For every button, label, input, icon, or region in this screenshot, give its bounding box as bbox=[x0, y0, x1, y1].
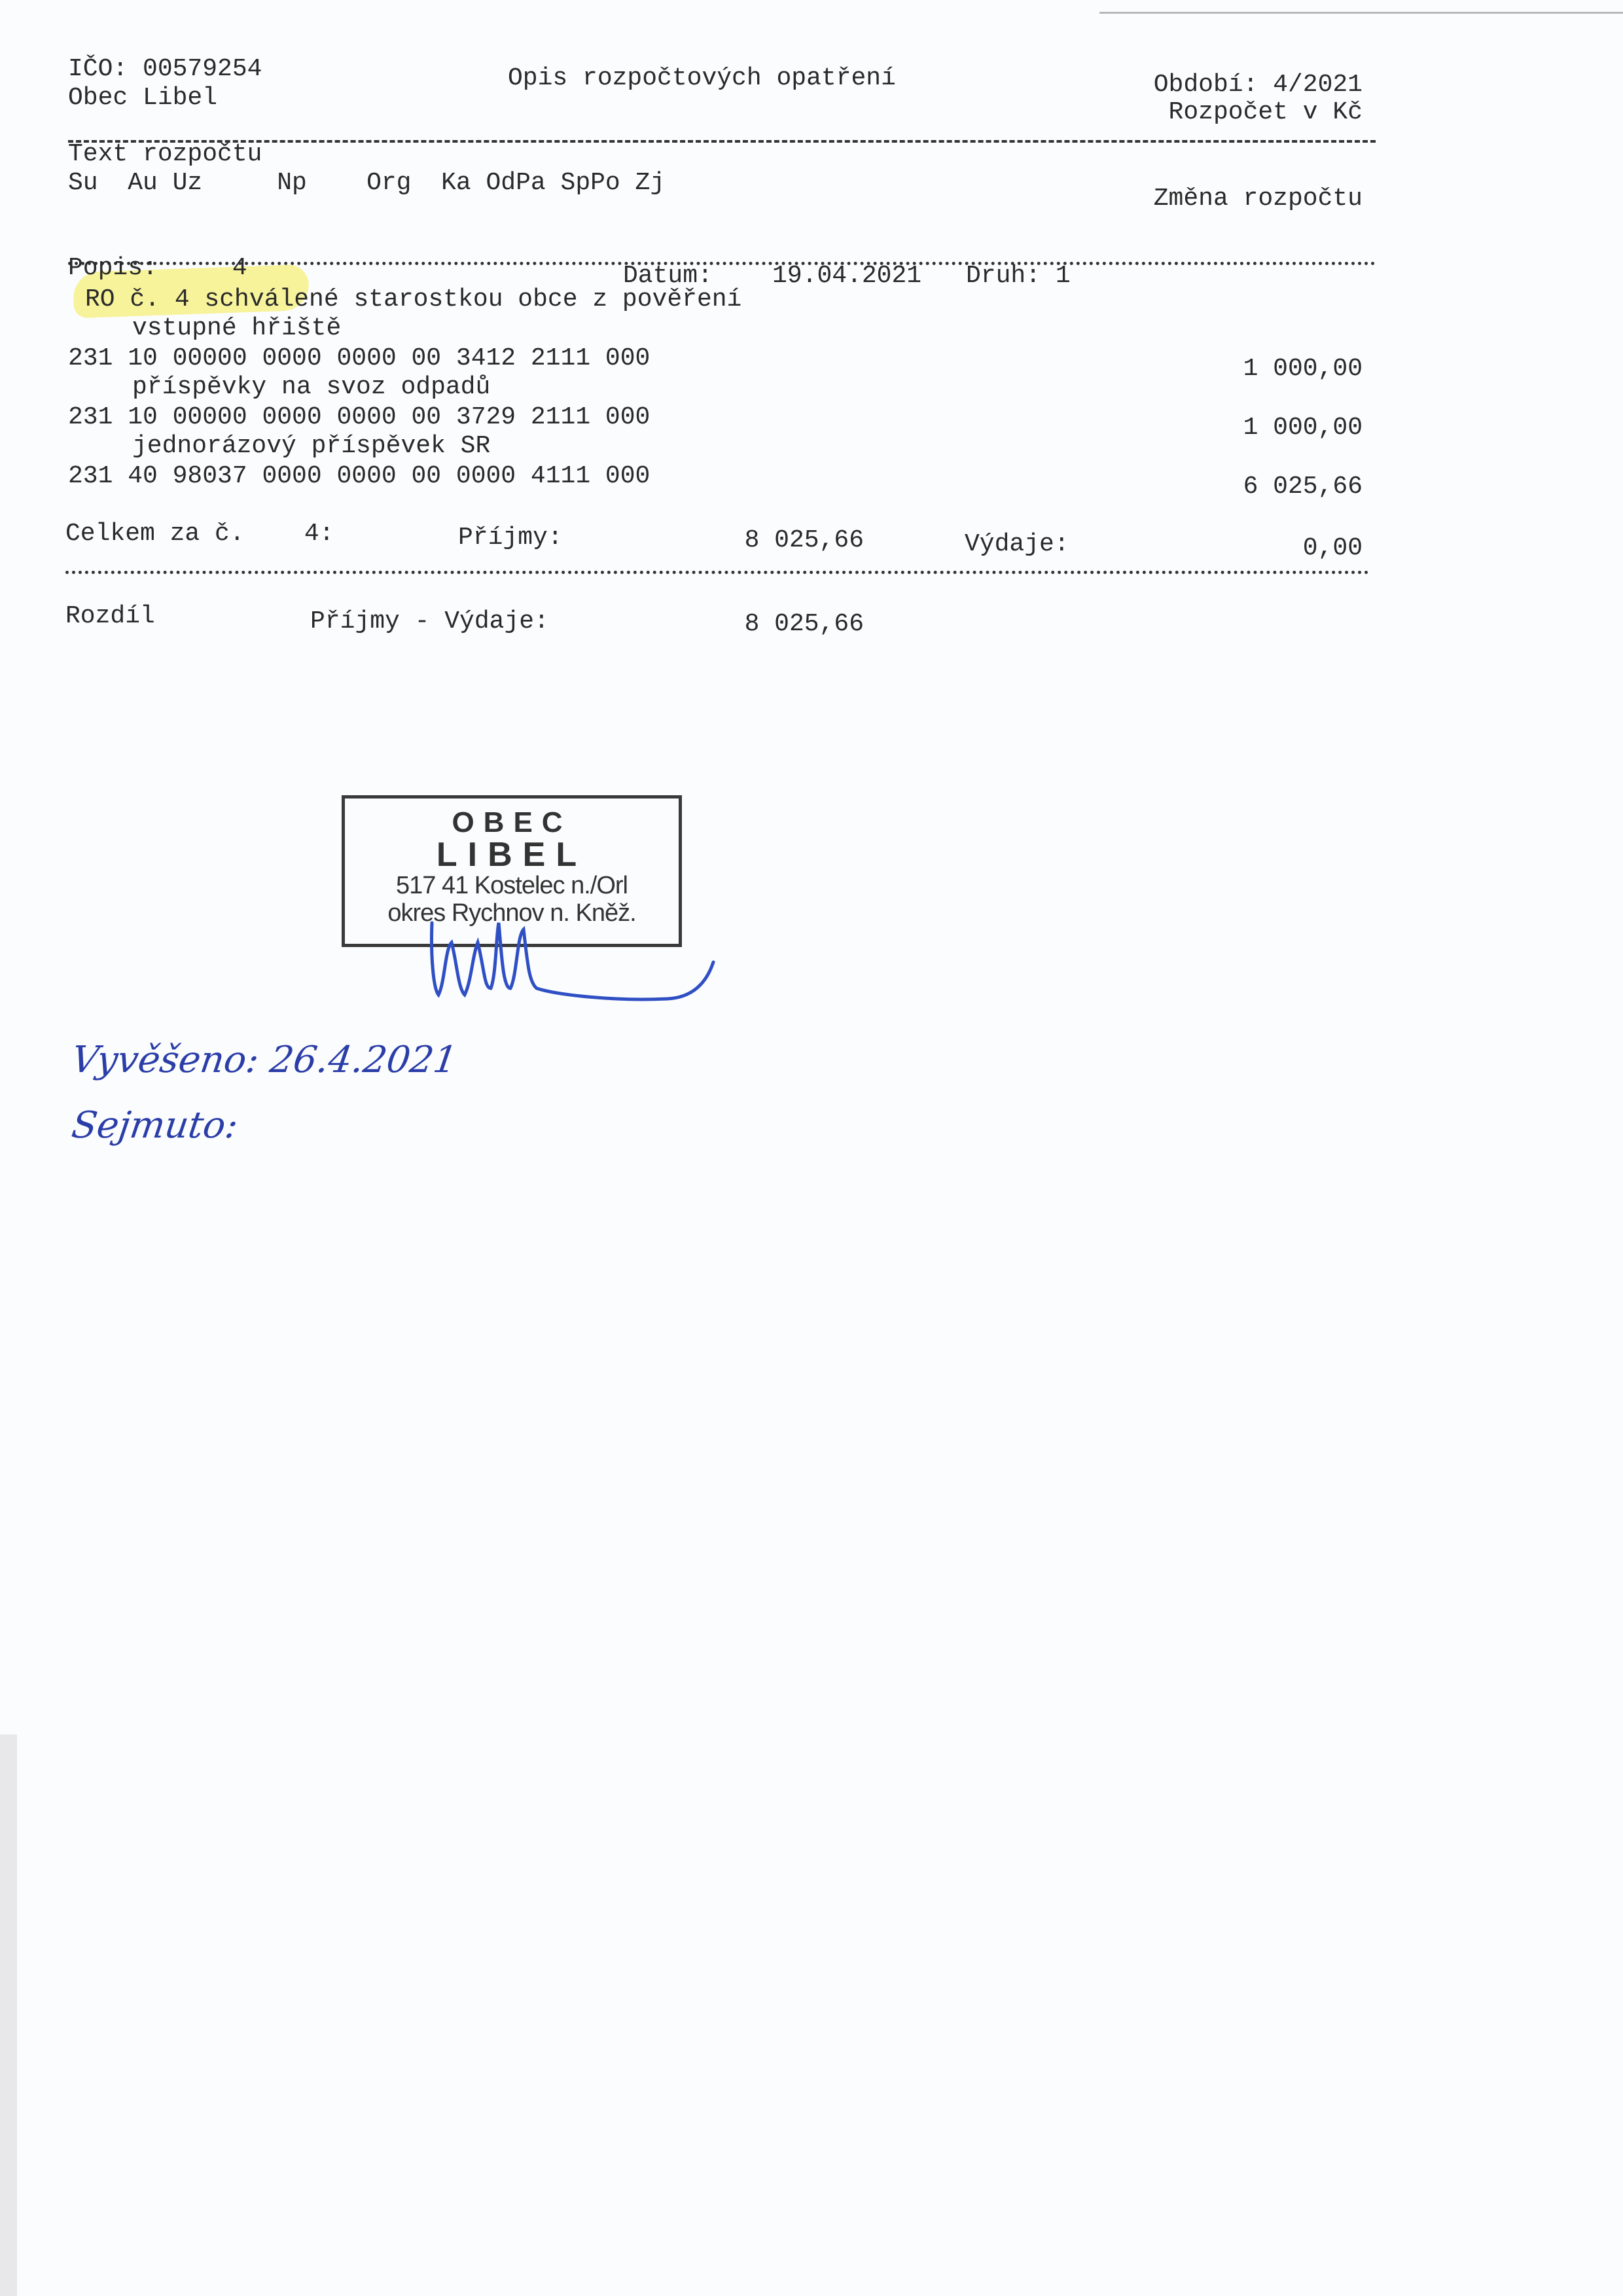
row-code: 231 10 00000 0000 0000 00 3412 2111 000 bbox=[68, 344, 650, 373]
difference-value: 8 025,66 bbox=[745, 610, 864, 639]
scan-margin bbox=[0, 1734, 17, 2296]
row-code: 231 10 00000 0000 0000 00 3729 2111 000 bbox=[68, 403, 650, 432]
currency-label: Rozpočet v Kč bbox=[1169, 98, 1363, 127]
income-label: Příjmy: bbox=[458, 524, 563, 552]
row-code: 231 40 98037 0000 0000 00 0000 4111 000 bbox=[68, 462, 650, 491]
code-column-headers: Su Au Uz Np Org Ka OdPa SpPo Zj bbox=[68, 169, 665, 198]
stamp-line: OBEC bbox=[345, 808, 679, 838]
expense-total: 0,00 bbox=[1303, 534, 1363, 563]
header-divider bbox=[68, 140, 1376, 143]
document-title: Opis rozpočtových opatření bbox=[508, 64, 896, 93]
stamp-line: LIBEL bbox=[345, 838, 679, 872]
measure-description: RO č. 4 schválené starostkou obce z pově… bbox=[85, 285, 741, 314]
expense-label: Výdaje: bbox=[965, 530, 1069, 559]
totals-label: Celkem za č. 4: bbox=[65, 520, 334, 548]
popis: Popis: 4 bbox=[68, 254, 247, 283]
text-column-label: Text rozpočtu bbox=[68, 140, 262, 169]
row-label: příspěvky na svoz odpadů bbox=[132, 373, 490, 402]
change-column-header: Změna rozpočtu bbox=[1154, 185, 1363, 213]
totals-divider bbox=[65, 571, 1369, 574]
period: Období: 4/2021 bbox=[1154, 71, 1363, 99]
income-total: 8 025,66 bbox=[745, 526, 864, 555]
organization-name: Obec Libel bbox=[68, 84, 217, 113]
ico: IČO: 00579254 bbox=[68, 55, 262, 84]
row-label: vstupné hřiště bbox=[132, 314, 341, 343]
signature-icon bbox=[419, 897, 733, 1014]
difference-formula: Příjmy - Výdaje: bbox=[310, 607, 549, 636]
druh: Druh: 1 bbox=[966, 262, 1071, 291]
row-amount: 1 000,00 bbox=[1243, 414, 1363, 442]
row-amount: 6 025,66 bbox=[1243, 473, 1363, 501]
difference-label: Rozdíl bbox=[65, 602, 155, 631]
row-label: jednorázový příspěvek SR bbox=[132, 432, 490, 461]
row-amount: 1 000,00 bbox=[1243, 355, 1363, 384]
stamp-line: 517 41 Kostelec n./Orl bbox=[345, 872, 679, 899]
scan-edge bbox=[1099, 12, 1623, 14]
handwritten-removed-date: Sejmuto: bbox=[69, 1106, 241, 1145]
handwritten-posted-date: Vyvěšeno: 26.4.2021 bbox=[69, 1041, 459, 1080]
